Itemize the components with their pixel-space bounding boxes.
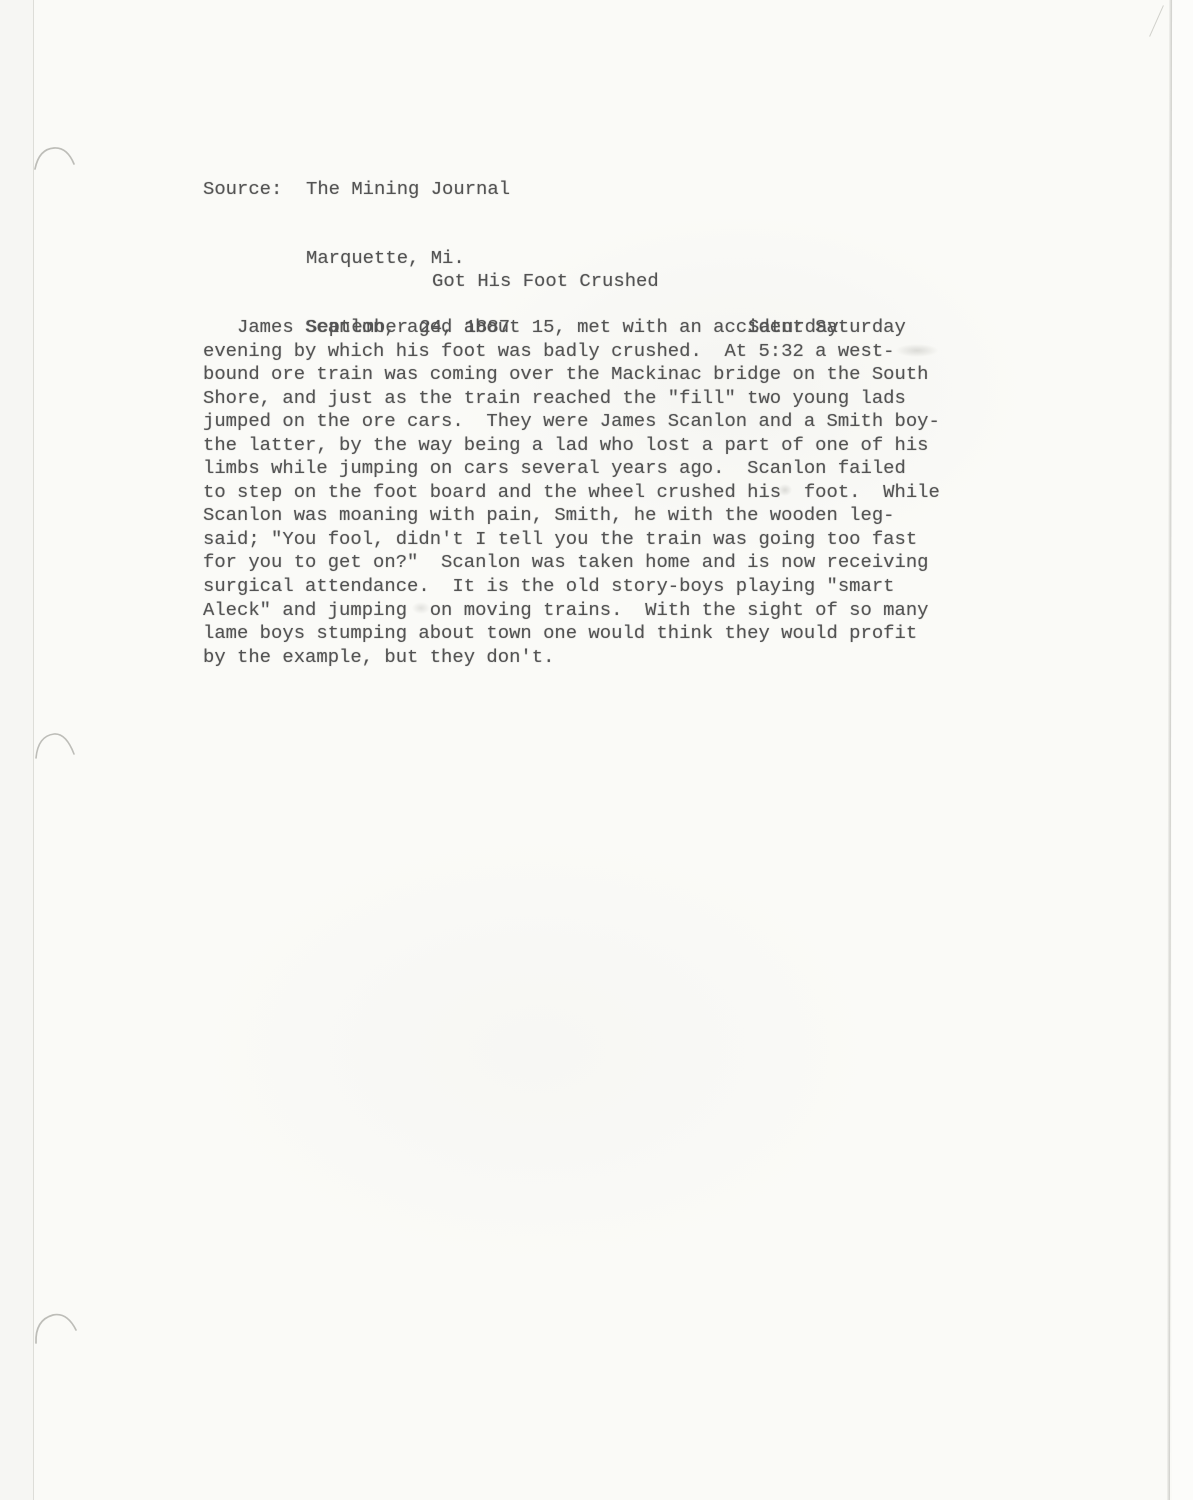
article-line: limbs while jumping on cars several year… xyxy=(203,457,940,481)
punch-hole-mark xyxy=(32,726,82,766)
article-line: evening by which his foot was badly crus… xyxy=(203,340,940,364)
paper-corner-nick xyxy=(1149,5,1164,36)
publication-name: The Mining Journal xyxy=(306,177,510,202)
scanner-edge-left xyxy=(0,0,34,1500)
source-row-1: Source: The Mining Journal xyxy=(203,177,510,202)
punch-hole-mark xyxy=(31,1306,85,1350)
scanned-page: Source: The Mining Journal Marquette, Mi… xyxy=(0,0,1193,1500)
source-label-spacer xyxy=(203,246,306,271)
publication-location: Marquette, Mi. xyxy=(306,246,465,271)
article-line: Aleck" and jumping on moving trains. Wit… xyxy=(203,599,940,623)
article-line: James Scanlon, aged about 15, met with a… xyxy=(203,316,940,340)
article-line: bound ore train was coming over the Mack… xyxy=(203,363,940,387)
article-line: Shore, and just as the train reached the… xyxy=(203,387,940,411)
article-line: lame boys stumping about town one would … xyxy=(203,622,940,646)
article-line: said; "You fool, didn't I tell you the t… xyxy=(203,528,940,552)
article-line: for you to get on?" Scanlon was taken ho… xyxy=(203,551,940,575)
article-line: by the example, but they don't. xyxy=(203,646,940,670)
article-line: the latter, by the way being a lad who l… xyxy=(203,434,940,458)
article-title: Got His Foot Crushed xyxy=(432,269,659,293)
article-body: James Scanlon, aged about 15, met with a… xyxy=(203,316,940,669)
article-line: surgical attendance. It is the old story… xyxy=(203,575,940,599)
source-row-2: Marquette, Mi. xyxy=(203,246,510,271)
article-line: Scanlon was moaning with pain, Smith, he… xyxy=(203,504,940,528)
punch-hole-mark xyxy=(30,140,80,176)
source-label: Source: xyxy=(203,177,306,202)
scanner-background-right xyxy=(1172,0,1193,1500)
article-line: to step on the foot board and the wheel … xyxy=(203,481,940,505)
article-line: jumped on the ore cars. They were James … xyxy=(203,410,940,434)
